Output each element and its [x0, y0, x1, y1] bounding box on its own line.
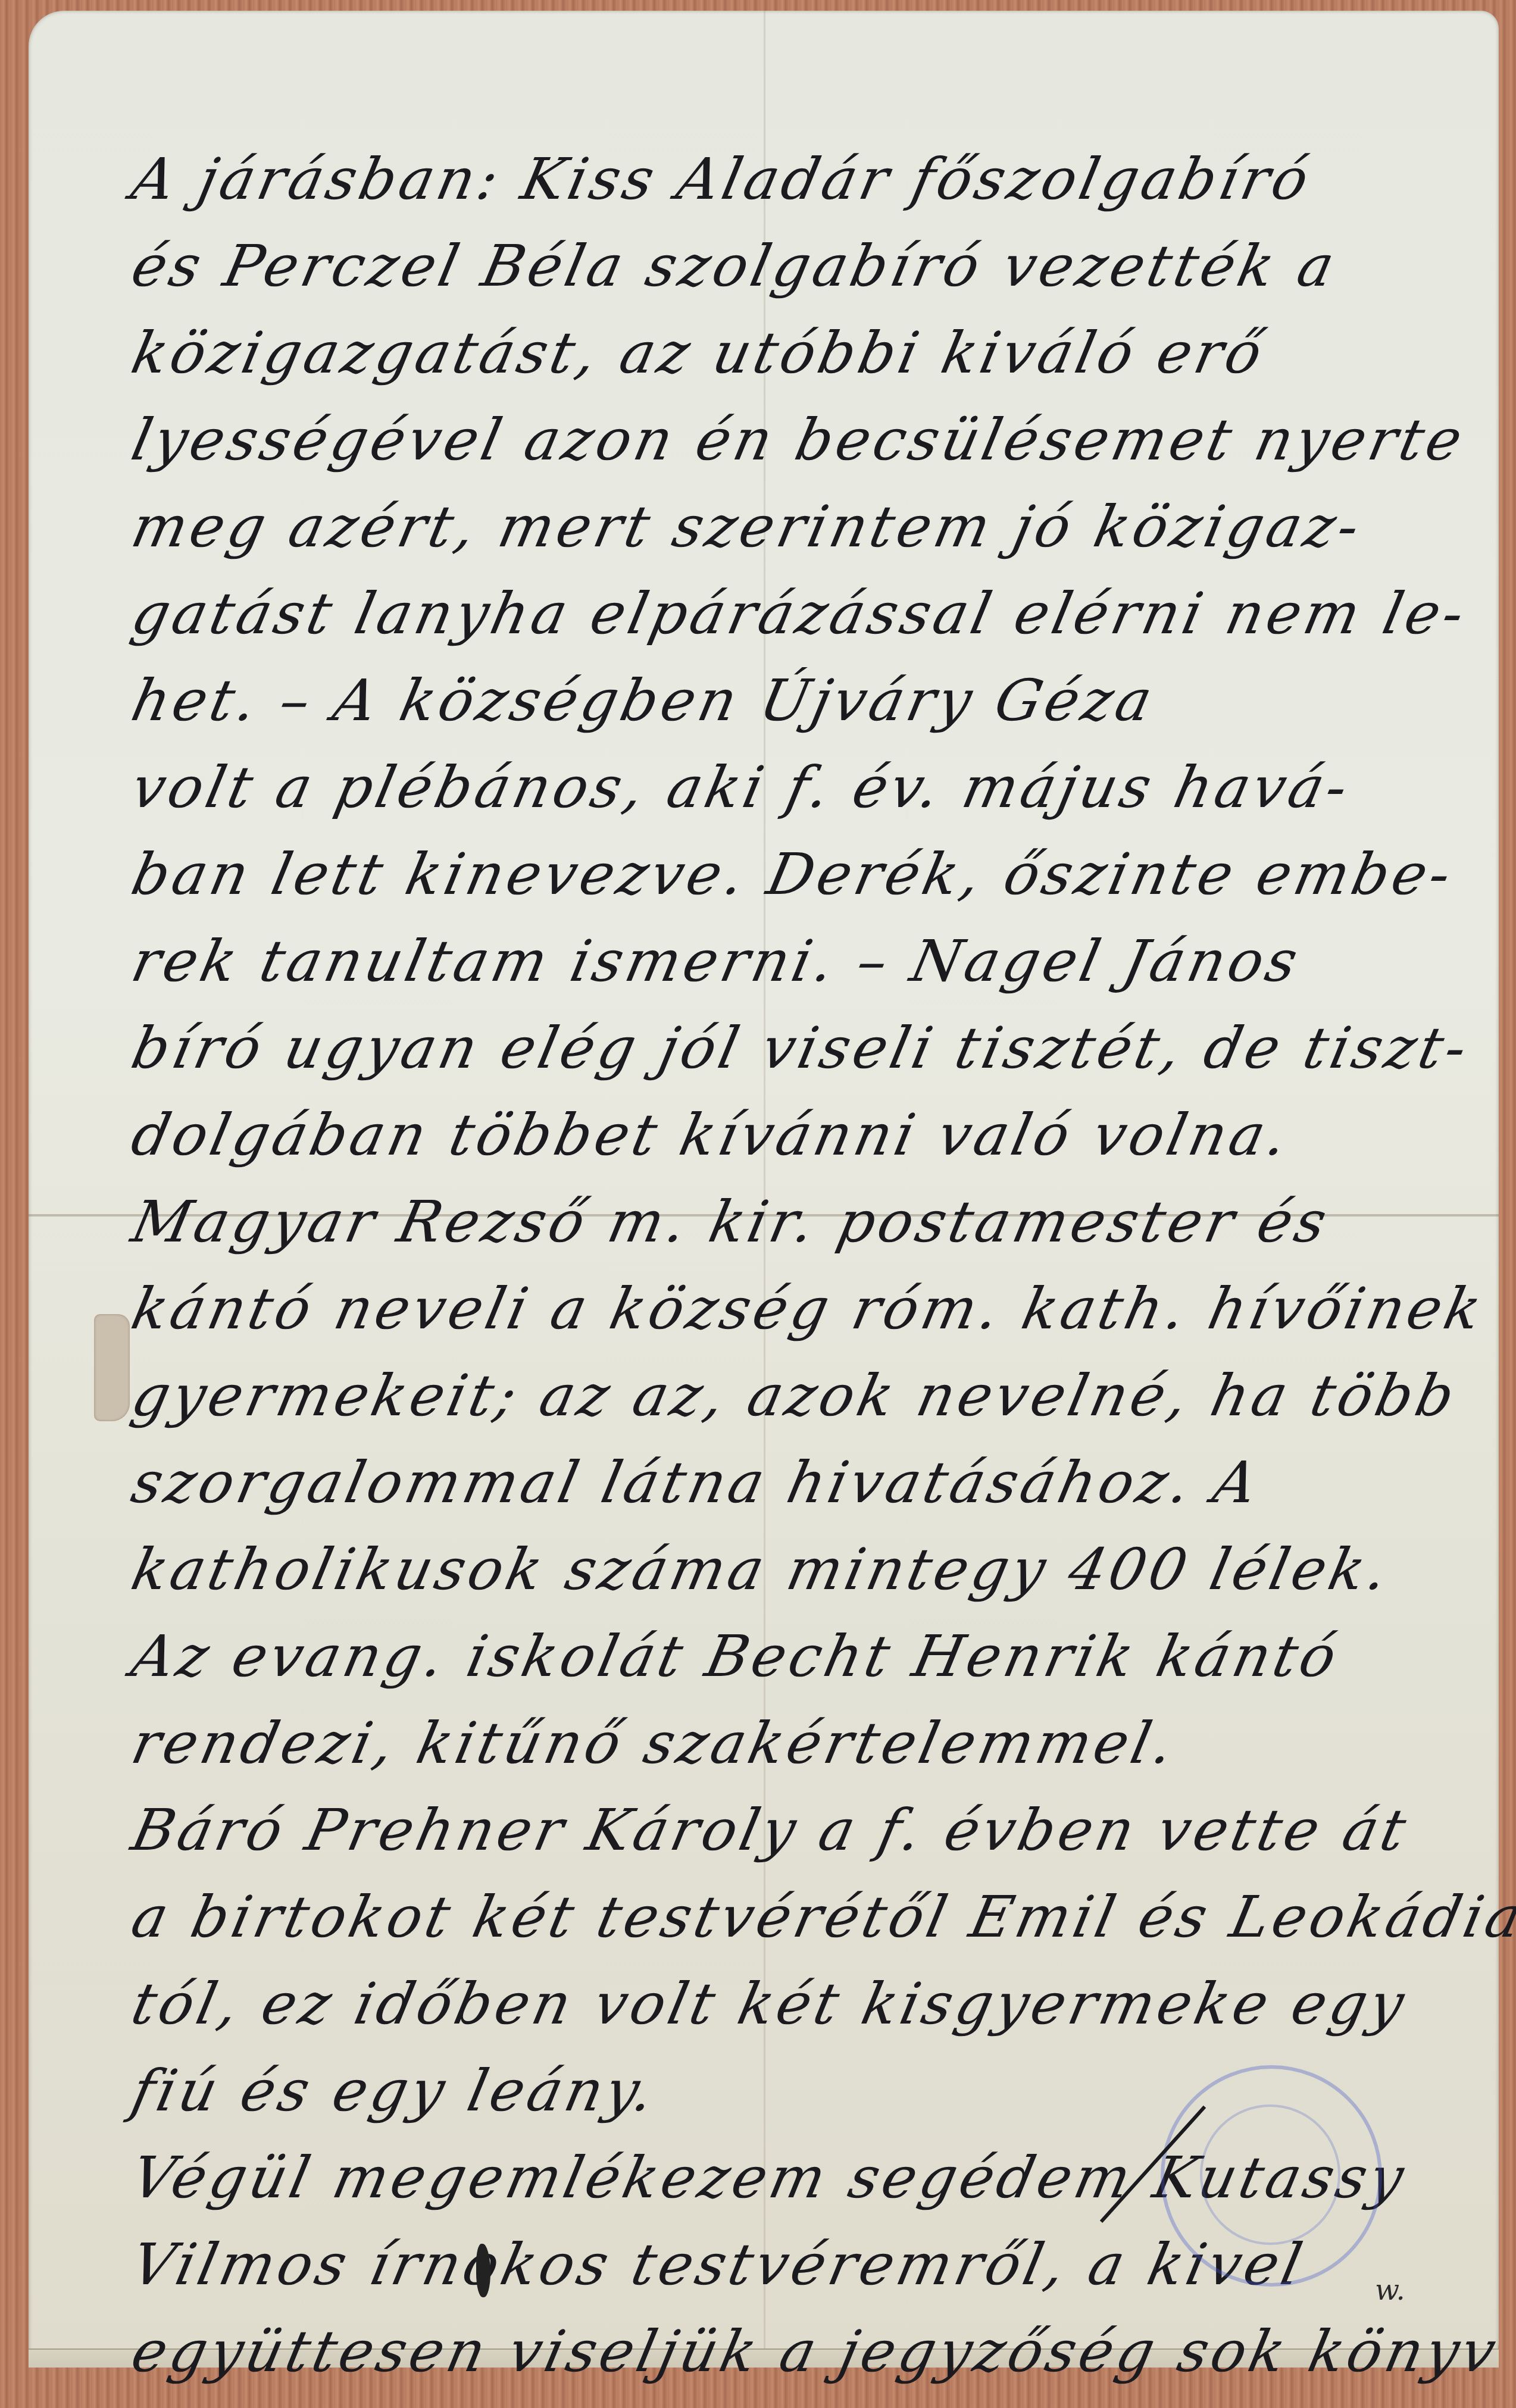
text-line: A járásban: Kiss Aladár főszolgabíró: [124, 136, 1516, 223]
corner-mark: w.: [1375, 2273, 1405, 2307]
text-line: gyermekeit; az az, azok nevelné, ha több: [124, 1352, 1516, 1439]
text-line: a birtokot két testvérétől Emil és Leoká…: [124, 1874, 1516, 1960]
text-line: dolgában többet kívánni való volna.: [124, 1092, 1516, 1178]
text-line: ban lett kinevezve. Derék, őszinte embe-: [124, 831, 1516, 918]
blue-seal-stamp-icon: [1161, 2065, 1382, 2287]
text-line: szorgalommal látna hivatásához. A: [124, 1439, 1516, 1526]
text-line: kántó neveli a község róm. kath. hívőine…: [124, 1265, 1516, 1352]
handwritten-text: A járásban: Kiss Aladár főszolgabíró és …: [124, 136, 1511, 2395]
text-line: közigazgatást, az utóbbi kiváló erő: [124, 309, 1516, 396]
text-line: tól, ez időben volt két kisgyermeke egy: [124, 1960, 1516, 2047]
text-line: volt a plébános, aki f. év. május havá-: [124, 744, 1516, 831]
letter-page: A járásban: Kiss Aladár főszolgabíró és …: [29, 11, 1499, 2368]
text-line: bíró ugyan elég jól viseli tisztét, de t…: [124, 1005, 1516, 1092]
text-line: Magyar Rezső m. kir. postamester és: [124, 1178, 1516, 1265]
text-line: gatást lanyha elpárázással elérni nem le…: [124, 570, 1516, 657]
text-line: het. – A községben Újváry Géza: [124, 657, 1516, 744]
text-line: Az evang. iskolát Becht Henrik kántó: [124, 1613, 1516, 1700]
seal-inner-ring: [1200, 2104, 1340, 2245]
text-line: meg azért, mert szerintem jó közigaz-: [124, 483, 1516, 570]
text-line: és Perczel Béla szolgabíró vezették a: [124, 223, 1516, 309]
text-line: rek tanultam ismerni. – Nagel János: [124, 918, 1516, 1005]
text-line: katholikusok száma mintegy 400 lélek.: [124, 1526, 1516, 1613]
text-line: Báró Prehner Károly a f. évben vette át: [124, 1787, 1516, 1874]
text-line: lyességével azon én becsülésemet nyerte: [124, 396, 1516, 483]
text-line: rendezi, kitűnő szakértelemmel.: [124, 1700, 1516, 1787]
text-line: együttesen viseljük a jegyzőség sok köny…: [124, 2308, 1516, 2395]
